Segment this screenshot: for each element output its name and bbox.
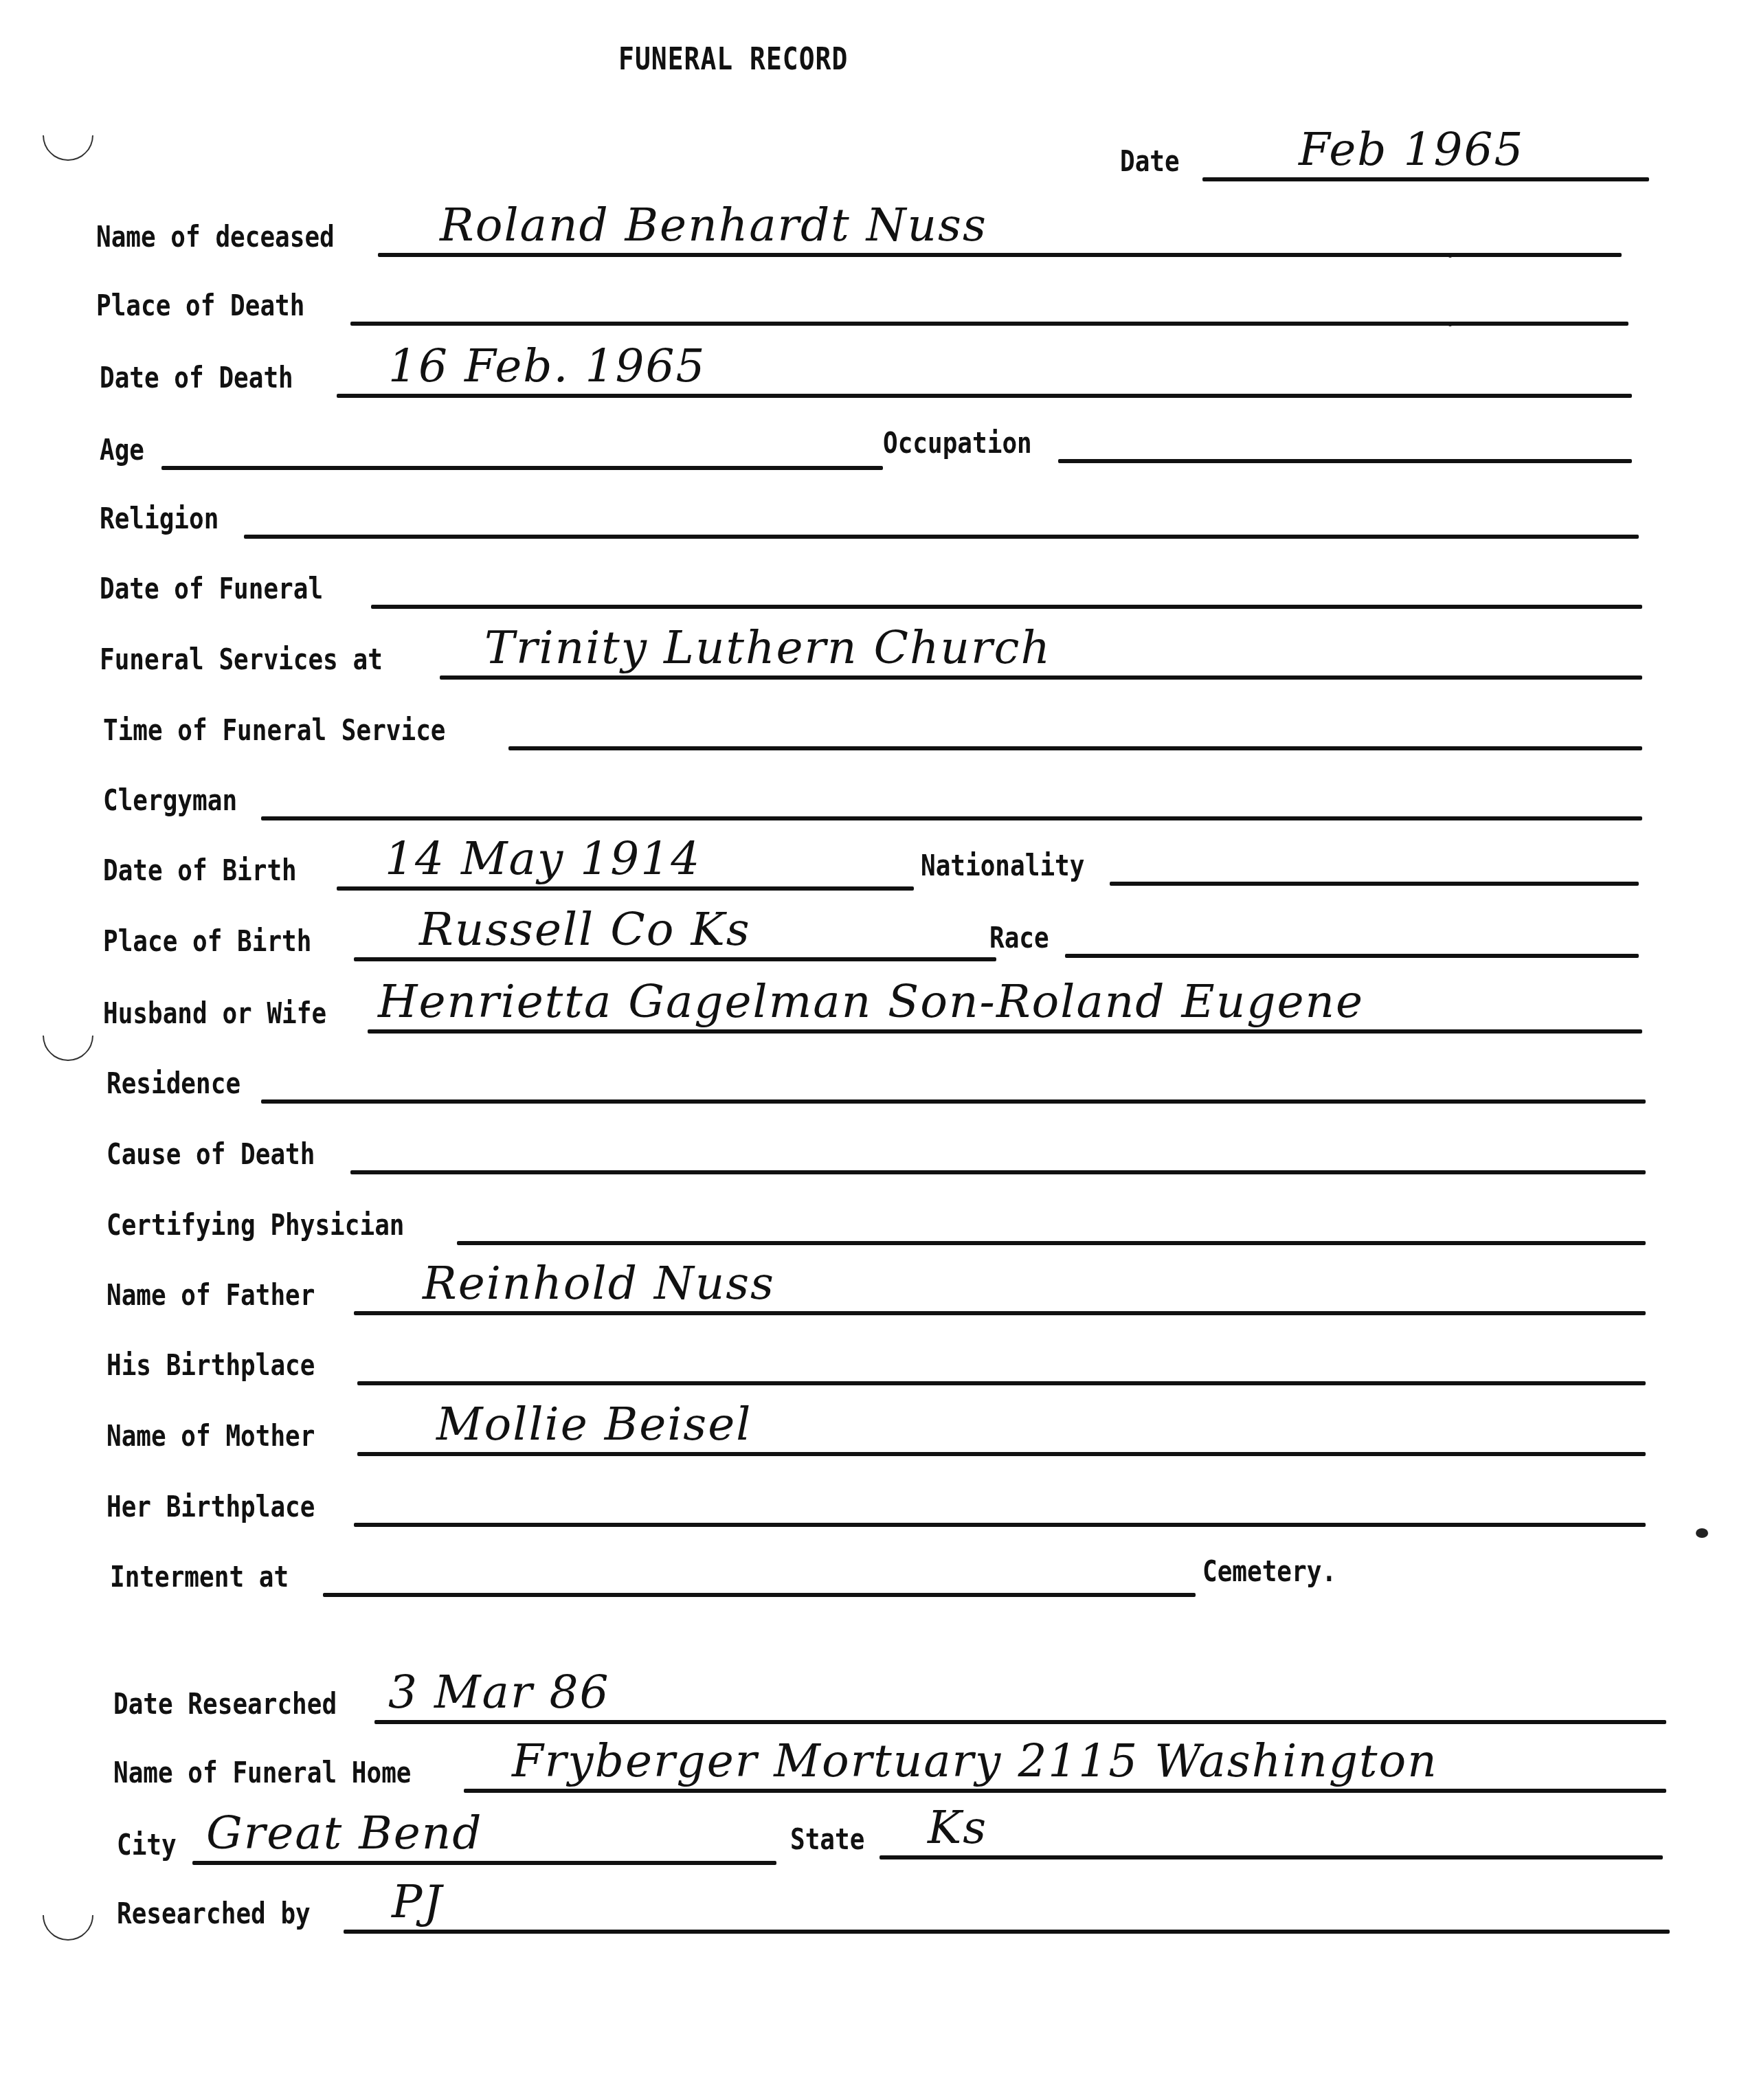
name-of-funeral-home-line — [464, 1789, 1666, 1793]
certifying-physician-label: Certifying Physician — [107, 1209, 404, 1242]
field-name-of-deceased: Name of deceased Roland Benhardt Nuss — [96, 206, 1622, 261]
place-of-birth-value[interactable]: Russell Co Ks — [419, 903, 751, 956]
date-researched-line — [374, 1720, 1666, 1724]
field-cause-of-death: Cause of Death — [107, 1124, 1646, 1179]
field-city: City Great Bend — [117, 1814, 804, 1869]
her-birthplace-line — [354, 1523, 1646, 1527]
field-date: Date Feb 1965 — [1120, 131, 1649, 186]
name-of-mother-label: Name of Mother — [107, 1420, 315, 1453]
date-researched-value[interactable]: 3 Mar 86 — [388, 1666, 609, 1719]
occupation-label: Occupation — [883, 427, 1032, 460]
field-race: Race — [989, 907, 1639, 962]
husband-or-wife-line — [368, 1029, 1642, 1034]
religion-line — [244, 535, 1639, 539]
date-of-death-line — [337, 394, 1632, 398]
punch-hole-mark — [32, 100, 104, 172]
field-age: Age — [100, 419, 883, 474]
age-line — [161, 466, 883, 470]
clergyman-label: Clergyman — [103, 784, 237, 818]
name-of-mother-value[interactable]: Mollie Beisel — [436, 1398, 752, 1451]
funeral-services-at-label: Funeral Services at — [100, 643, 383, 677]
field-her-birthplace: Her Birthplace — [107, 1476, 1646, 1531]
date-researched-label: Date Researched — [113, 1688, 337, 1721]
race-line — [1065, 954, 1639, 958]
time-of-funeral-service-line — [508, 746, 1642, 750]
funeral-record-page: FUNERAL RECORD Date Feb 1965 Name of dec… — [0, 0, 1759, 2100]
clergyman-line — [261, 816, 1642, 820]
cause-of-death-label: Cause of Death — [107, 1138, 315, 1172]
document-title: FUNERAL RECORD — [618, 42, 848, 77]
residence-label: Residence — [107, 1067, 240, 1101]
state-label: State — [790, 1823, 864, 1857]
name-of-deceased-value[interactable]: Roland Benhardt Nuss — [440, 199, 987, 252]
age-label: Age — [100, 434, 144, 467]
punch-hole-mark — [32, 1000, 104, 1072]
date-of-death-value[interactable]: 16 Feb. 1965 — [388, 339, 706, 392]
city-label: City — [117, 1829, 177, 1862]
name-of-deceased-label: Name of deceased — [96, 221, 335, 254]
religion-label: Religion — [100, 502, 219, 536]
nationality-line — [1110, 882, 1639, 886]
place-of-death-line — [350, 322, 1628, 326]
field-name-of-father: Name of Father Reinhold Nuss — [107, 1264, 1646, 1319]
interment-at-line — [323, 1593, 1196, 1597]
state-value[interactable]: Ks — [928, 1801, 987, 1854]
field-date-of-death: Date of Death 16 Feb. 1965 — [100, 347, 1632, 402]
field-residence: Residence — [107, 1053, 1646, 1108]
field-occupation: Occupation — [883, 412, 1632, 467]
field-funeral-services-at: Funeral Services at Trinity Luthern Chur… — [100, 629, 1642, 684]
researched-by-line — [344, 1930, 1670, 1934]
cause-of-death-line — [350, 1170, 1646, 1174]
state-line — [879, 1855, 1663, 1859]
field-place-of-death: Place of Death — [96, 275, 1628, 330]
field-religion: Religion — [100, 488, 1639, 543]
field-nationality: Nationality — [921, 835, 1639, 890]
date-of-death-label: Date of Death — [100, 361, 293, 395]
his-birthplace-line — [357, 1381, 1646, 1385]
ink-speck — [1696, 1528, 1708, 1538]
field-date-of-birth: Date of Birth 14 May 1914 — [103, 840, 914, 895]
place-of-birth-label: Place of Birth — [103, 925, 311, 959]
name-of-funeral-home-label: Name of Funeral Home — [113, 1756, 411, 1790]
field-his-birthplace: His Birthplace — [107, 1334, 1646, 1389]
residence-line — [261, 1099, 1646, 1104]
date-line — [1202, 177, 1649, 181]
occupation-line — [1058, 459, 1632, 463]
name-of-funeral-home-value[interactable]: Fryberger Mortuary 2115 Washington — [512, 1734, 1438, 1787]
name-of-mother-line — [357, 1452, 1646, 1456]
funeral-services-at-value[interactable]: Trinity Luthern Church — [484, 621, 1051, 674]
date-of-funeral-label: Date of Funeral — [100, 572, 323, 606]
name-of-father-line — [354, 1311, 1646, 1315]
husband-or-wife-label: Husband or Wife — [103, 997, 326, 1031]
city-value[interactable]: Great Bend — [206, 1807, 483, 1859]
field-name-of-mother: Name of Mother Mollie Beisel — [107, 1405, 1646, 1460]
certifying-physician-line — [457, 1241, 1646, 1245]
race-label: Race — [989, 921, 1049, 955]
city-line — [192, 1861, 776, 1865]
name-of-father-label: Name of Father — [107, 1279, 315, 1312]
date-label: Date — [1120, 145, 1180, 179]
her-birthplace-label: Her Birthplace — [107, 1490, 315, 1524]
field-date-researched: Date Researched 3 Mar 86 — [113, 1673, 1666, 1728]
punch-hole-mark — [32, 1879, 104, 1952]
name-of-deceased-line — [378, 253, 1622, 257]
his-birthplace-label: His Birthplace — [107, 1349, 315, 1383]
place-of-birth-line — [354, 957, 996, 961]
field-state: State Ks — [790, 1809, 1663, 1864]
place-of-death-label: Place of Death — [96, 289, 304, 323]
field-clergyman: Clergyman — [103, 770, 1642, 825]
time-of-funeral-service-label: Time of Funeral Service — [103, 714, 446, 748]
interment-at-label: Interment at — [110, 1561, 289, 1594]
field-researched-by: Researched by PJ — [117, 1883, 1670, 1938]
date-of-birth-label: Date of Birth — [103, 854, 297, 888]
field-time-of-funeral-service: Time of Funeral Service — [103, 700, 1642, 755]
cemetery-label: Cemetery. — [1202, 1555, 1336, 1589]
researched-by-value[interactable]: PJ — [392, 1875, 443, 1928]
date-of-funeral-line — [371, 605, 1642, 609]
field-place-of-birth: Place of Birth Russell Co Ks — [103, 911, 996, 965]
nationality-label: Nationality — [921, 849, 1084, 883]
researched-by-label: Researched by — [117, 1897, 311, 1931]
field-name-of-funeral-home: Name of Funeral Home Fryberger Mortuary … — [113, 1742, 1694, 1797]
field-certifying-physician: Certifying Physician — [107, 1194, 1646, 1249]
date-of-birth-line — [337, 886, 914, 891]
date-value[interactable]: Feb 1965 — [1299, 123, 1524, 176]
funeral-services-at-line — [440, 675, 1642, 680]
field-husband-or-wife: Husband or Wife Henrietta Gagelman Son-R… — [103, 983, 1642, 1038]
husband-or-wife-value[interactable]: Henrietta Gagelman Son-Roland Eugene — [378, 975, 1364, 1028]
field-date-of-funeral: Date of Funeral — [100, 558, 1642, 613]
field-interment-at: Interment at Cemetery. — [110, 1546, 1415, 1601]
name-of-father-value[interactable]: Reinhold Nuss — [423, 1257, 775, 1310]
date-of-birth-value[interactable]: 14 May 1914 — [385, 832, 701, 885]
